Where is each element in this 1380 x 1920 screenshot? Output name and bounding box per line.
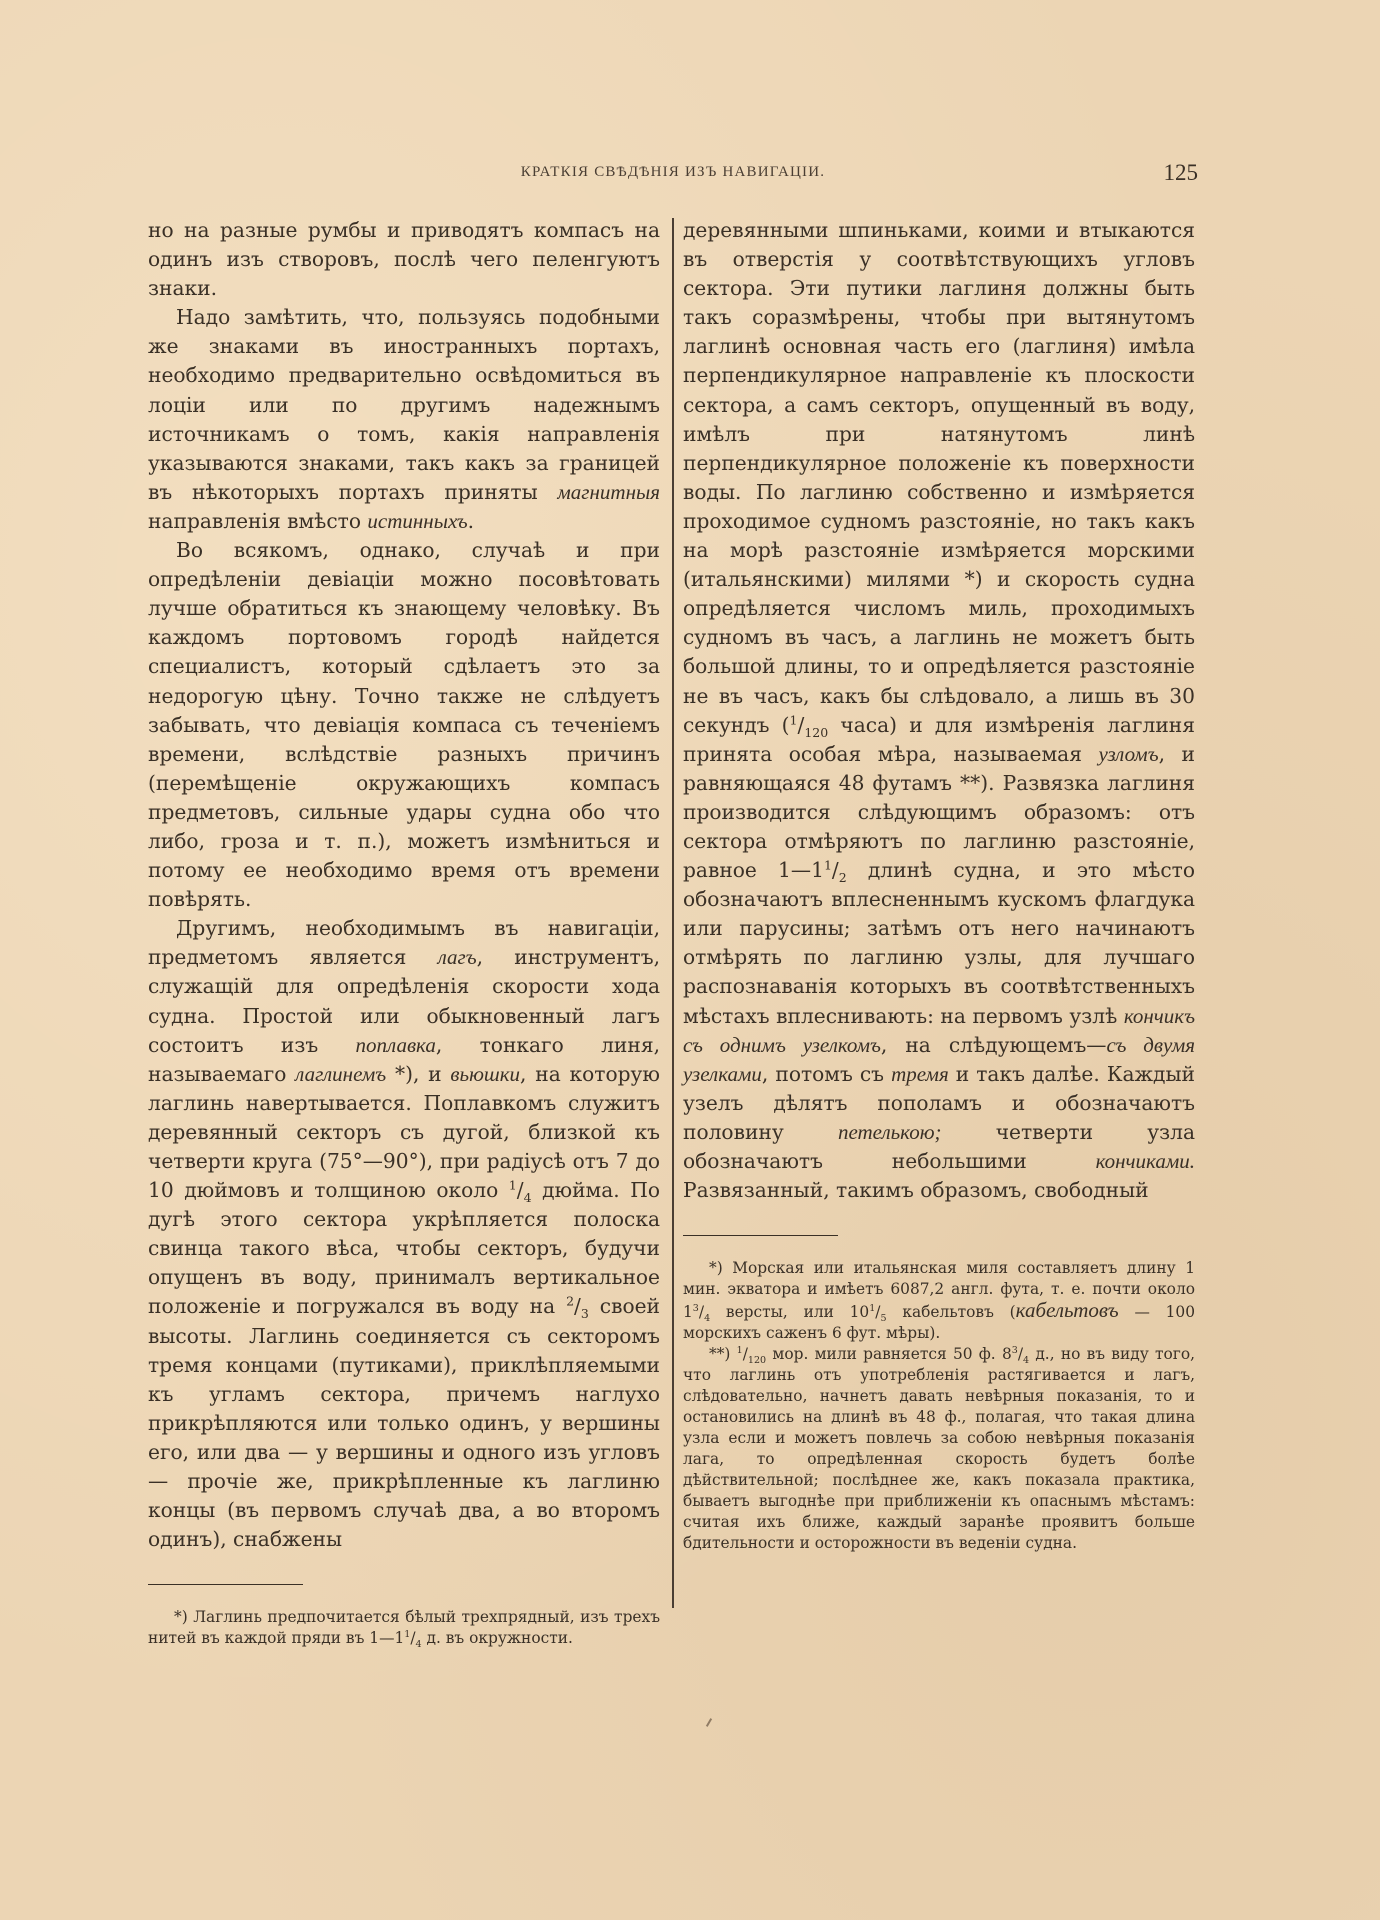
- footnote-marker: **): [709, 1345, 730, 1363]
- running-title: КРАТКІЯ СВѢДѢНІЯ ИЗЪ НАВИГАЦІИ.: [148, 164, 1198, 181]
- paragraph: но на разные румбы и приводятъ компасъ н…: [148, 216, 660, 303]
- text-run: длинѣ судна, и это мѣсто обозначаютъ впл…: [683, 858, 1195, 1027]
- fraction-numerator: 1: [869, 1303, 875, 1314]
- fraction-numerator: 3: [1012, 1345, 1018, 1356]
- fraction-numerator: 1: [824, 857, 832, 872]
- fraction-numerator: 1: [404, 1629, 410, 1640]
- paragraph: Во всякомъ, однако, случаѣ и при опредѣл…: [148, 536, 660, 914]
- text-run: , на слѣдующемъ—: [881, 1033, 1107, 1057]
- italic-term: истинныхъ: [367, 509, 467, 533]
- fraction-denominator: 2: [839, 870, 847, 885]
- footnote-rule: [148, 1584, 303, 1585]
- running-head: КРАТКІЯ СВѢДѢНІЯ ИЗЪ НАВИГАЦІИ. 125: [148, 160, 1198, 190]
- paragraph: Другимъ, необходимымъ въ навигаціи, пред…: [148, 914, 660, 1554]
- text-run: *), и: [386, 1062, 450, 1086]
- text-run: своей высоты. Лаглинь соединяется съ сек…: [148, 1294, 660, 1551]
- footnote-rule: [683, 1235, 838, 1236]
- italic-term: кабельтовъ: [1016, 1298, 1119, 1322]
- text-run: Лаглинь предпочитается бѣлый трехпрядный…: [148, 1608, 660, 1647]
- fraction-numerator: 3: [693, 1303, 699, 1314]
- text-run: кабельтовъ (: [887, 1303, 1016, 1321]
- fraction-numerator: 1: [790, 712, 798, 727]
- page-number: 125: [1164, 160, 1199, 186]
- fraction-numerator: 1: [509, 1177, 517, 1192]
- right-column: деревянными шпиньками, коими и втыкаются…: [683, 216, 1195, 1554]
- fraction-denominator: 4: [524, 1190, 532, 1205]
- paragraph: деревянными шпиньками, коими и втыкаются…: [683, 216, 1195, 1205]
- text-run: направленія вмѣсто: [148, 509, 367, 533]
- italic-term: кончиками.: [1096, 1149, 1195, 1173]
- fraction-denominator: 3: [581, 1307, 589, 1322]
- text-run: Развязанный, такимъ образомъ, свободный: [683, 1178, 1149, 1202]
- text-run: деревянными шпиньками, коими и втыкаются…: [683, 218, 1195, 737]
- footnote-marker: *): [709, 1259, 723, 1277]
- text-run: д. въ окружности.: [422, 1629, 573, 1647]
- italic-term: магнитныя: [557, 480, 660, 504]
- left-body-text: но на разные румбы и приводятъ компасъ н…: [148, 216, 660, 1554]
- footnote: **) 1/120 мор. мили равняется 50 ф. 83/4…: [683, 1344, 1195, 1554]
- text-run: Надо замѣтить, что, пользуясь подобными …: [148, 305, 660, 504]
- footnote: *) Лаглинь предпочитается бѣлый трехпряд…: [148, 1607, 660, 1649]
- text-run: , потомъ съ: [762, 1062, 891, 1086]
- italic-term: петелькою;: [838, 1120, 942, 1144]
- italic-term: поплавка: [356, 1033, 436, 1057]
- footnote-marker: *): [174, 1608, 188, 1626]
- text-run: д., но въ виду того, что лаглинь отъ упо…: [683, 1345, 1195, 1552]
- fraction-denominator: 120: [804, 725, 828, 740]
- italic-term: лагъ: [438, 945, 477, 969]
- italic-term: вьюшки: [450, 1062, 520, 1086]
- fraction-denominator: 120: [748, 1355, 766, 1366]
- text-run: версты, или 10: [710, 1303, 869, 1321]
- italic-term: узломъ: [1098, 742, 1158, 766]
- footnote: *) Морская или итальянская миля составля…: [683, 1258, 1195, 1344]
- fraction-numerator: 1: [737, 1345, 743, 1356]
- italic-term: лаглинемъ: [295, 1062, 386, 1086]
- left-column: но на разные румбы и приводятъ компасъ н…: [148, 216, 660, 1649]
- fraction-numerator: 2: [566, 1294, 574, 1309]
- book-page: КРАТКІЯ СВѢДѢНІЯ ИЗЪ НАВИГАЦІИ. 125 но н…: [0, 0, 1380, 1920]
- right-body-text: деревянными шпиньками, коими и втыкаются…: [683, 216, 1195, 1205]
- text-run: мор. мили равняется 50 ф. 8: [766, 1345, 1012, 1363]
- paragraph: Надо замѣтить, что, пользуясь подобными …: [148, 303, 660, 536]
- italic-term: тремя: [891, 1062, 949, 1086]
- column-divider: [672, 218, 674, 1608]
- paper-blemish: [706, 1718, 712, 1727]
- text-run: .: [468, 509, 474, 533]
